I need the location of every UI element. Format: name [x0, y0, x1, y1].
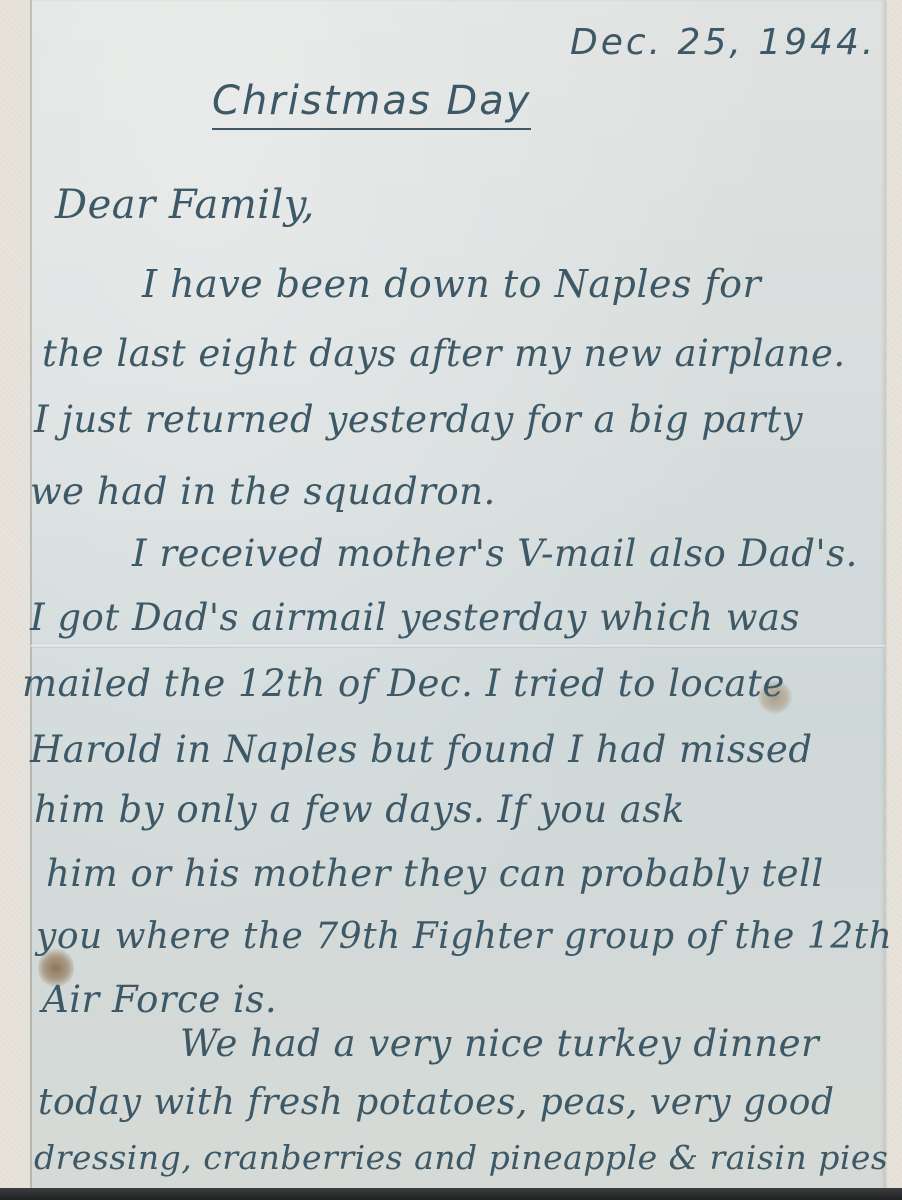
letter-line: him or his mother they can probably tell — [46, 852, 824, 895]
letter-line: Air Force is. — [42, 978, 277, 1021]
letter-title: Christmas Day — [212, 78, 531, 130]
letter-line: today with fresh potatoes, peas, very go… — [38, 1082, 835, 1123]
letter-line: Harold in Naples but found I had missed — [30, 728, 813, 771]
letter-line: I got Dad's airmail yesterday which was — [30, 596, 800, 639]
letter-line: dressing, cranberries and pineapple & ra… — [34, 1138, 888, 1177]
letter-line: the last eight days after my new airplan… — [42, 332, 846, 375]
letter-line: I just returned yesterday for a big part… — [34, 398, 803, 441]
salutation: Dear Family, — [55, 182, 315, 228]
fold-crease — [30, 645, 885, 648]
letter-line: I received mother's V-mail also Dad's. — [132, 532, 858, 575]
letter-date: Dec. 25, 1944. — [570, 22, 876, 63]
frame-bottom-edge — [0, 1188, 902, 1200]
letter-line: We had a very nice turkey dinner — [180, 1022, 819, 1065]
letter-line: I have been down to Naples for — [142, 262, 761, 306]
letter-line: him by only a few days. If you ask — [34, 788, 685, 831]
letter-line: you where the 79th Fighter group of the … — [36, 916, 892, 957]
letter-line: we had in the squadron. — [30, 470, 496, 513]
letter-line: mailed the 12th of Dec. I tried to locat… — [22, 662, 785, 705]
paper-edge — [30, 0, 32, 1190]
